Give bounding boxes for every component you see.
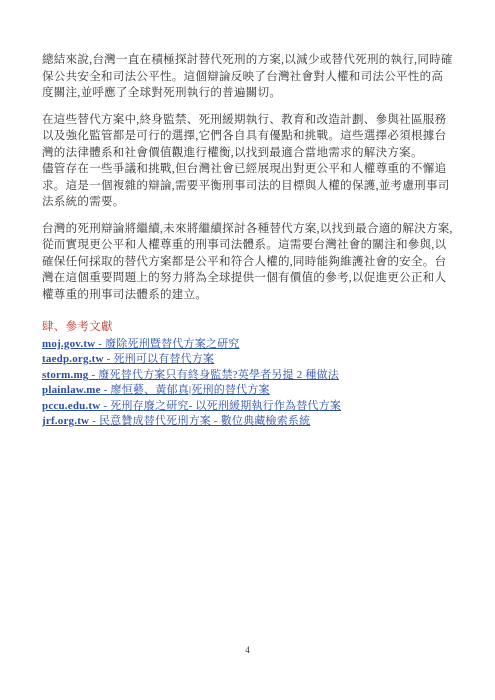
- body-paragraphs: 總結來說,台灣一直在積極探討替代死刑的方案,以減少或替代死刑的執行,同時確保公共…: [42, 52, 453, 303]
- references-heading: 肆、參考文獻: [42, 319, 453, 336]
- document-content: 總結來說,台灣一直在積極探討替代死刑的方案,以減少或替代死刑的執行,同時確保公共…: [0, 0, 495, 430]
- reference-link[interactable]: storm.mg - 廢死替代方案只有終身監禁?英學者另提 2 種做法: [42, 368, 453, 384]
- reference-link-separator: -: [101, 384, 111, 396]
- reference-link-domain: plainlaw.me: [42, 384, 101, 396]
- body-paragraph: 總結來說,台灣一直在積極探討替代死刑的方案,以減少或替代死刑的執行,同時確保公共…: [42, 52, 453, 102]
- reference-link-domain: storm.mg: [42, 369, 89, 381]
- reference-link-title: 廢除死刑暨替代方案之研究: [105, 338, 239, 350]
- reference-link-separator: -: [89, 369, 99, 381]
- reference-link-domain: jrf.org.tw: [42, 415, 89, 427]
- reference-link[interactable]: jrf.org.tw - 民意贊成替代死刑方案 - 數位典藏檢索系統: [42, 414, 453, 430]
- reference-link-separator: -: [104, 353, 114, 365]
- body-paragraph: 台灣的死刑辯論將繼續,未來將繼續探討各種替代方案,以找到最合適的解決方案,從而實…: [42, 221, 453, 304]
- document-page: 總結來說,台灣一直在積極探討替代死刑的方案,以減少或替代死刑的執行,同時確保公共…: [0, 0, 495, 700]
- reference-link-domain: pccu.edu.tw: [42, 400, 100, 412]
- references-section: 肆、參考文獻 moj.gov.tw - 廢除死刑暨替代方案之研究 taedp.o…: [42, 319, 453, 430]
- reference-link[interactable]: taedp.org.tw - 死刑可以有替代方案: [42, 352, 453, 368]
- reference-link[interactable]: moj.gov.tw - 廢除死刑暨替代方案之研究: [42, 337, 453, 353]
- body-paragraph: 儘管存在一些爭議和挑戰,但台灣社會已經展現出對更公平和人權尊重的不懈追求。這是一…: [42, 161, 453, 211]
- reference-link-title: 廖恒藝、黃郁真|死刑的替代方案: [111, 384, 270, 396]
- page-number: 4: [0, 645, 495, 655]
- reference-link-title: 死刑存廢之研究- 以死刑緩期執行作為替代方案: [110, 400, 341, 412]
- reference-link-title: 民意贊成替代死刑方案 - 數位典藏檢索系統: [99, 415, 310, 427]
- reference-link-title: 死刑可以有替代方案: [113, 353, 214, 365]
- reference-link-title: 廢死替代方案只有終身監禁?英學者另提 2 種做法: [98, 369, 339, 381]
- reference-link-separator: -: [89, 415, 99, 427]
- reference-link-separator: -: [100, 400, 110, 412]
- reference-link-domain: moj.gov.tw: [42, 338, 95, 350]
- reference-link-separator: -: [95, 338, 105, 350]
- body-paragraph: 在這些替代方案中,終身監禁、死刑緩期執行、教育和改造計劃、參與社區服務以及強化監…: [42, 112, 453, 162]
- references-link-list: moj.gov.tw - 廢除死刑暨替代方案之研究 taedp.org.tw -…: [42, 337, 453, 430]
- reference-link[interactable]: pccu.edu.tw - 死刑存廢之研究- 以死刑緩期執行作為替代方案: [42, 399, 453, 415]
- reference-link[interactable]: plainlaw.me - 廖恒藝、黃郁真|死刑的替代方案: [42, 383, 453, 399]
- reference-link-domain: taedp.org.tw: [42, 353, 104, 365]
